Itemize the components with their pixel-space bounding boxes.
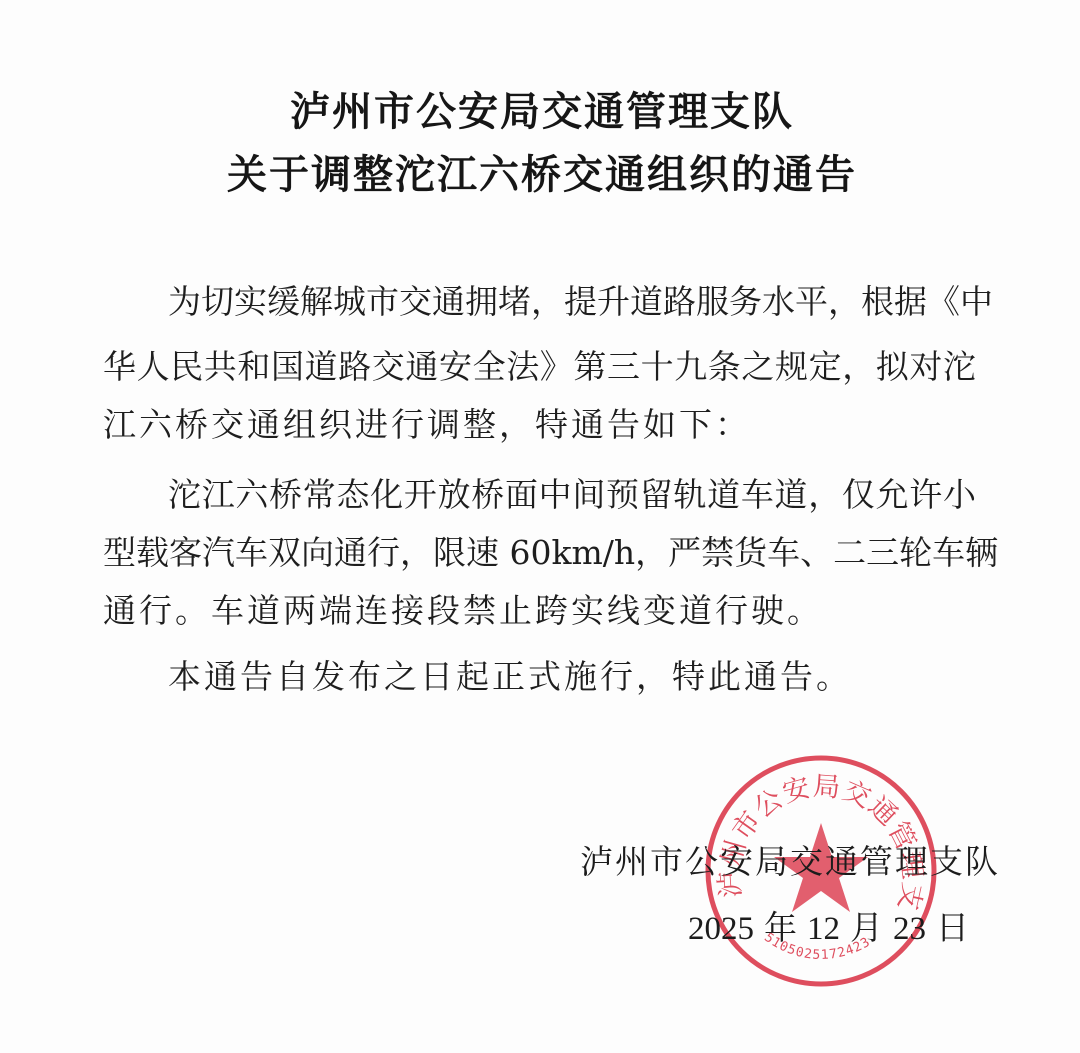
body-paragraph-2-line-3: 通行。车道两端连接段禁止跨实线变道行驶。	[103, 594, 976, 627]
date-year: 2025	[688, 911, 754, 947]
title-subject: 关于调整沱江六桥交通组织的通告	[2, 155, 1080, 195]
title-issuer: 泸州市公安局交通管理支队	[2, 92, 1080, 132]
body-paragraph-2-line-1: 沱江六桥常态化开放桥面中间预留轨道车道，仅允许小	[168, 478, 976, 511]
notice-page: 泸州市公安局交通管理支队 关于调整沱江六桥交通组织的通告 为切实缓解城市交通拥堵…	[0, 0, 1080, 1053]
body-paragraph-3: 本通告自发布之日起正式施行，特此通告。	[168, 660, 976, 693]
body-paragraph-1-line-3: 江六桥交通组织进行调整，特通告如下：	[103, 408, 976, 441]
date-month-unit: 月	[850, 911, 883, 947]
date-day: 23	[893, 911, 926, 947]
date-day-unit: 日	[936, 911, 969, 947]
signature-date: 2025年12月23日	[688, 913, 979, 946]
date-year-unit: 年	[764, 911, 797, 947]
body-paragraph-2-line-2: 型载客汽车双向通行，限速 60km/h，严禁货车、二三轮车辆	[103, 536, 976, 569]
body-paragraph-1-line-2: 华人民共和国道路交通安全法》第三十九条之规定，拟对沱	[103, 350, 976, 383]
signature-organization: 泸州市公安局交通管理支队	[580, 845, 1000, 878]
body-paragraph-1-line-1: 为切实缓解城市交通拥堵，提升道路服务水平，根据《中	[168, 285, 976, 318]
date-month: 12	[807, 911, 840, 947]
